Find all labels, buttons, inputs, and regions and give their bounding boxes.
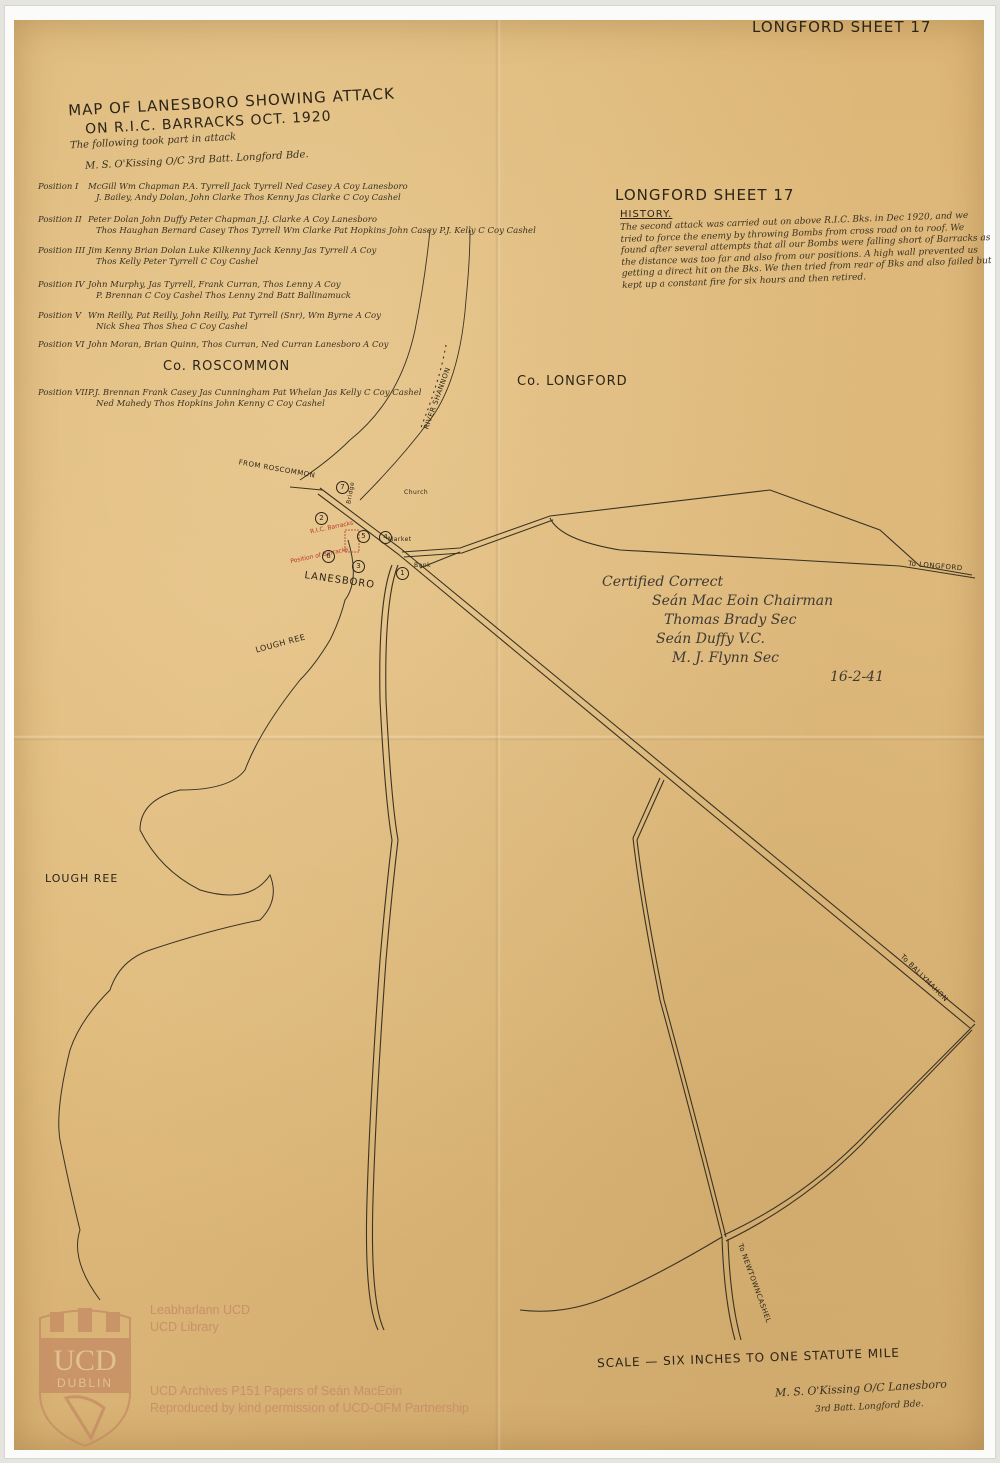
- position-label: Position I: [38, 182, 88, 193]
- history-heading: HISTORY.: [620, 210, 672, 220]
- position-entry: Position IIIJim Kenny Brian Dolan Luke K…: [38, 246, 376, 268]
- position-label: Position V: [38, 311, 88, 322]
- ucd-library-text: Leabharlann UCD UCD Library: [150, 1302, 250, 1336]
- position-marker: 7: [336, 481, 349, 494]
- position-entry: Position IIPeter Dolan John Duffy Peter …: [38, 215, 536, 237]
- ucd-crest-logo: UCD DUBLIN: [36, 1298, 134, 1448]
- position-marker: 1: [396, 567, 409, 580]
- position-entry: Position VWm Reilly, Pat Reilly, John Re…: [38, 311, 381, 333]
- position-label: Position VII: [38, 388, 88, 399]
- certification-date: 16-2-41: [602, 668, 884, 687]
- certification-name: Seán Mac Eoin Chairman: [602, 592, 884, 611]
- sheet-corner-label: LONGFORD SHEET 17: [752, 20, 931, 35]
- certification-name: Seán Duffy V.C.: [602, 630, 884, 649]
- position-entry: Position VIIP.J. Brennan Frank Casey Jas…: [38, 388, 421, 410]
- certification-name: Thomas Brady Sec: [602, 611, 884, 630]
- position-marker: 6: [322, 550, 335, 563]
- county-label-roscommon: Co. ROSCOMMON: [163, 360, 290, 373]
- certification-name: M. J. Flynn Sec: [602, 649, 884, 668]
- position-entry: Position IVJohn Murphy, Jas Tyrrell, Fra…: [38, 280, 351, 302]
- position-marker: 4: [379, 531, 392, 544]
- position-label: Position III: [38, 246, 88, 257]
- ucd-archive-credit: UCD Archives P151 Papers of Seán MacEoin…: [150, 1383, 469, 1417]
- county-label-longford: Co. LONGFORD: [517, 375, 628, 388]
- position-label: Position IV: [38, 280, 88, 291]
- svg-text:DUBLIN: DUBLIN: [57, 1376, 113, 1390]
- position-marker: 5: [357, 530, 370, 543]
- position-label: Position II: [38, 215, 88, 226]
- position-label: Position VI: [38, 340, 88, 351]
- certification-block: Certified Correct Seán Mac Eoin Chairman…: [602, 573, 884, 687]
- label-church: Church: [404, 490, 428, 496]
- label-lough-ree-lower: LOUGH REE: [45, 873, 118, 884]
- certification-heading: Certified Correct: [602, 573, 884, 592]
- svg-text:UCD: UCD: [53, 1344, 116, 1377]
- position-entry: Position IMcGill Wm Chapman P.A. Tyrrell…: [38, 182, 408, 204]
- position-marker: 3: [352, 560, 365, 573]
- label-bank: Bank: [414, 563, 431, 569]
- position-marker: 2: [315, 512, 328, 525]
- position-entry: Position VIJohn Moran, Brian Quinn, Thos…: [38, 340, 388, 351]
- history-text: The second attack was carried out on abo…: [620, 210, 992, 292]
- history-sheet-title: LONGFORD SHEET 17: [615, 188, 794, 203]
